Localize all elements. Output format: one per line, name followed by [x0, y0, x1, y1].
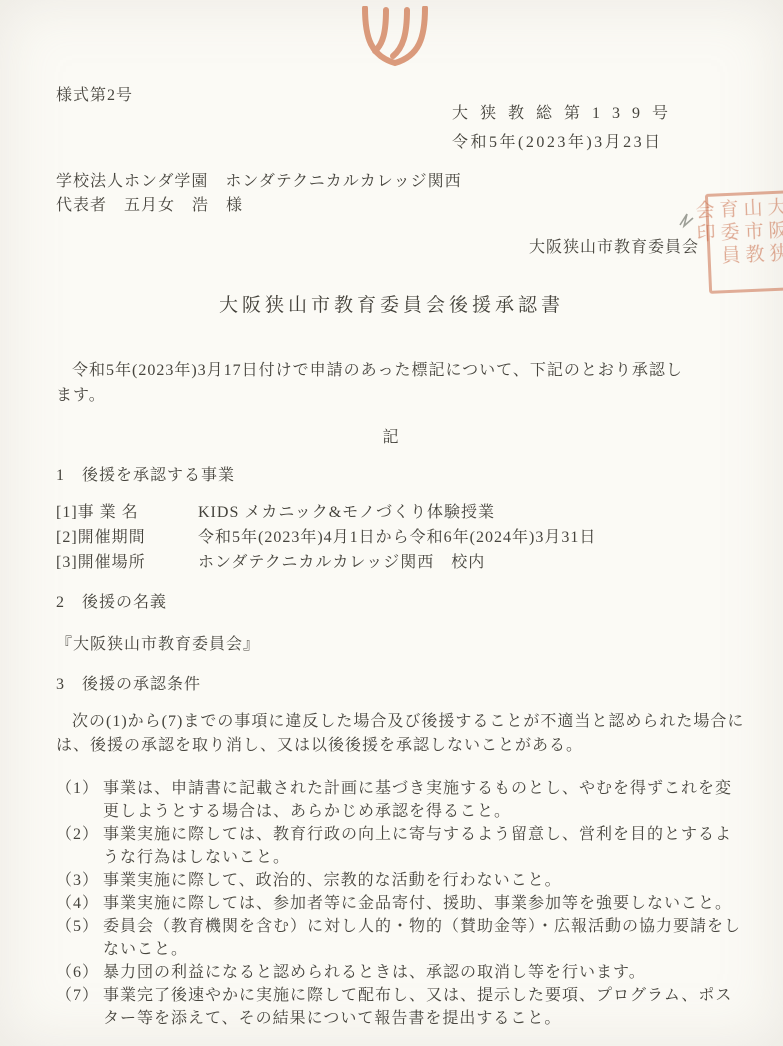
document-title: 大阪狭山市教育委員会後援承認書 [0, 294, 783, 318]
detail-value: KIDS メカニック&モノづくり体験授業 [198, 501, 495, 526]
condition-text: 事業実施に際しては、参加者等に金品寄付、援助、事業参加等を強要しないこと。 [103, 892, 748, 915]
stray-pen-mark [678, 212, 696, 232]
condition-number: （7） [56, 984, 103, 1030]
recipient-organization: 学校法人ホンダ学園 ホンダテクニカルカレッジ関西 [56, 170, 462, 194]
record-marker: 記 [0, 426, 783, 450]
event-details: [1]事 業 名 KIDS メカニック&モノづくり体験授業 [2]開催期間 令和… [56, 501, 596, 576]
conditions-list: （1） 事業は、申請書に記載された計画に基づき実施するものとし、やむを得ずこれを… [56, 777, 748, 1030]
committee-seal-text: 大阪狭山市教育委員会印 [712, 196, 783, 287]
detail-row-event-place: [3]開催場所 ホンダテクニカルカレッジ関西 校内 [56, 551, 596, 576]
condition-text: 暴力団の利益になると認められるときは、承認の取消し等を行います。 [103, 961, 748, 984]
condition-item: （7） 事業完了後速やかに実施に際して配布し、又は、提示した要項、プログラム、ポ… [56, 984, 748, 1030]
condition-number: （3） [56, 869, 103, 892]
condition-item: （3） 事業実施に際して、政治的、宗教的な活動を行わないこと。 [56, 869, 748, 892]
sponsorship-name: 『大阪狭山市教育委員会』 [56, 633, 260, 657]
detail-label: [1]事 業 名 [56, 501, 198, 526]
condition-item: （2） 事業実施に際しては、教育行政の向上に寄与するよう留意し、営利を目的とする… [56, 823, 748, 869]
partial-red-stamp-icon [356, 6, 434, 68]
condition-number: （2） [56, 823, 103, 869]
condition-text: 事業実施に際しては、教育行政の向上に寄与するよう留意し、営利を目的とするような行… [103, 823, 748, 869]
condition-number: （4） [56, 892, 103, 915]
form-number: 様式第2号 [56, 84, 133, 108]
detail-label: [3]開催場所 [56, 551, 198, 576]
condition-item: （1） 事業は、申請書に記載された計画に基づき実施するものとし、やむを得ずこれを… [56, 777, 748, 823]
section1-heading: 1 後援を承認する事業 [56, 464, 235, 488]
document-number-block: 大狭教総第139号 令和5年(2023年)3月23日 [452, 102, 680, 155]
detail-row-event-name: [1]事 業 名 KIDS メカニック&モノづくり体験授業 [56, 501, 596, 526]
condition-item: （6） 暴力団の利益になると認められるときは、承認の取消し等を行います。 [56, 961, 748, 984]
condition-text: 委員会（教育機関を含む）に対し人的・物的（賛助金等）・広報活動の協力要請をしない… [103, 915, 748, 961]
committee-seal-stamp: 大阪狭山市教育委員会印 [705, 190, 783, 294]
condition-number: （1） [56, 777, 103, 823]
scanned-approval-document: 様式第2号 大狭教総第139号 令和5年(2023年)3月23日 学校法人ホンダ… [0, 0, 783, 1046]
condition-text: 事業実施に際して、政治的、宗教的な活動を行わないこと。 [103, 869, 748, 892]
conditions-intro: 次の(1)から(7)までの事項に違反した場合及び後援することが不適当と認められた… [56, 710, 746, 758]
recipient-block: 学校法人ホンダ学園 ホンダテクニカルカレッジ関西 代表者 五月女 浩 様 [56, 170, 462, 218]
condition-item: （4） 事業実施に際しては、参加者等に金品寄付、援助、事業参加等を強要しないこと… [56, 892, 748, 915]
detail-row-event-period: [2]開催期間 令和5年(2023年)4月1日から令和6年(2024年)3月31… [56, 526, 596, 551]
document-date: 令和5年(2023年)3月23日 [452, 131, 680, 155]
condition-number: （5） [56, 915, 103, 961]
condition-item: （5） 委員会（教育機関を含む）に対し人的・物的（賛助金等）・広報活動の協力要請… [56, 915, 748, 961]
document-number: 大狭教総第139号 [452, 102, 680, 126]
condition-text: 事業完了後速やかに実施に際して配布し、又は、提示した要項、プログラム、ポスター等… [103, 984, 748, 1030]
recipient-representative: 代表者 五月女 浩 様 [56, 194, 462, 218]
section2-heading: 2 後援の名義 [56, 591, 167, 615]
detail-value: ホンダテクニカルカレッジ関西 校内 [198, 551, 485, 576]
issuer-name: 大阪狭山市教育委員会 [529, 236, 699, 260]
intro-paragraph: 令和5年(2023年)3月17日付けで申請のあった標記について、下記のとおり承認… [56, 358, 696, 408]
detail-value: 令和5年(2023年)4月1日から令和6年(2024年)3月31日 [198, 526, 596, 551]
detail-label: [2]開催期間 [56, 526, 198, 551]
condition-number: （6） [56, 961, 103, 984]
condition-text: 事業は、申請書に記載された計画に基づき実施するものとし、やむを得ずこれを変更しよ… [103, 777, 748, 823]
section3-heading: 3 後援の承認条件 [56, 673, 201, 697]
